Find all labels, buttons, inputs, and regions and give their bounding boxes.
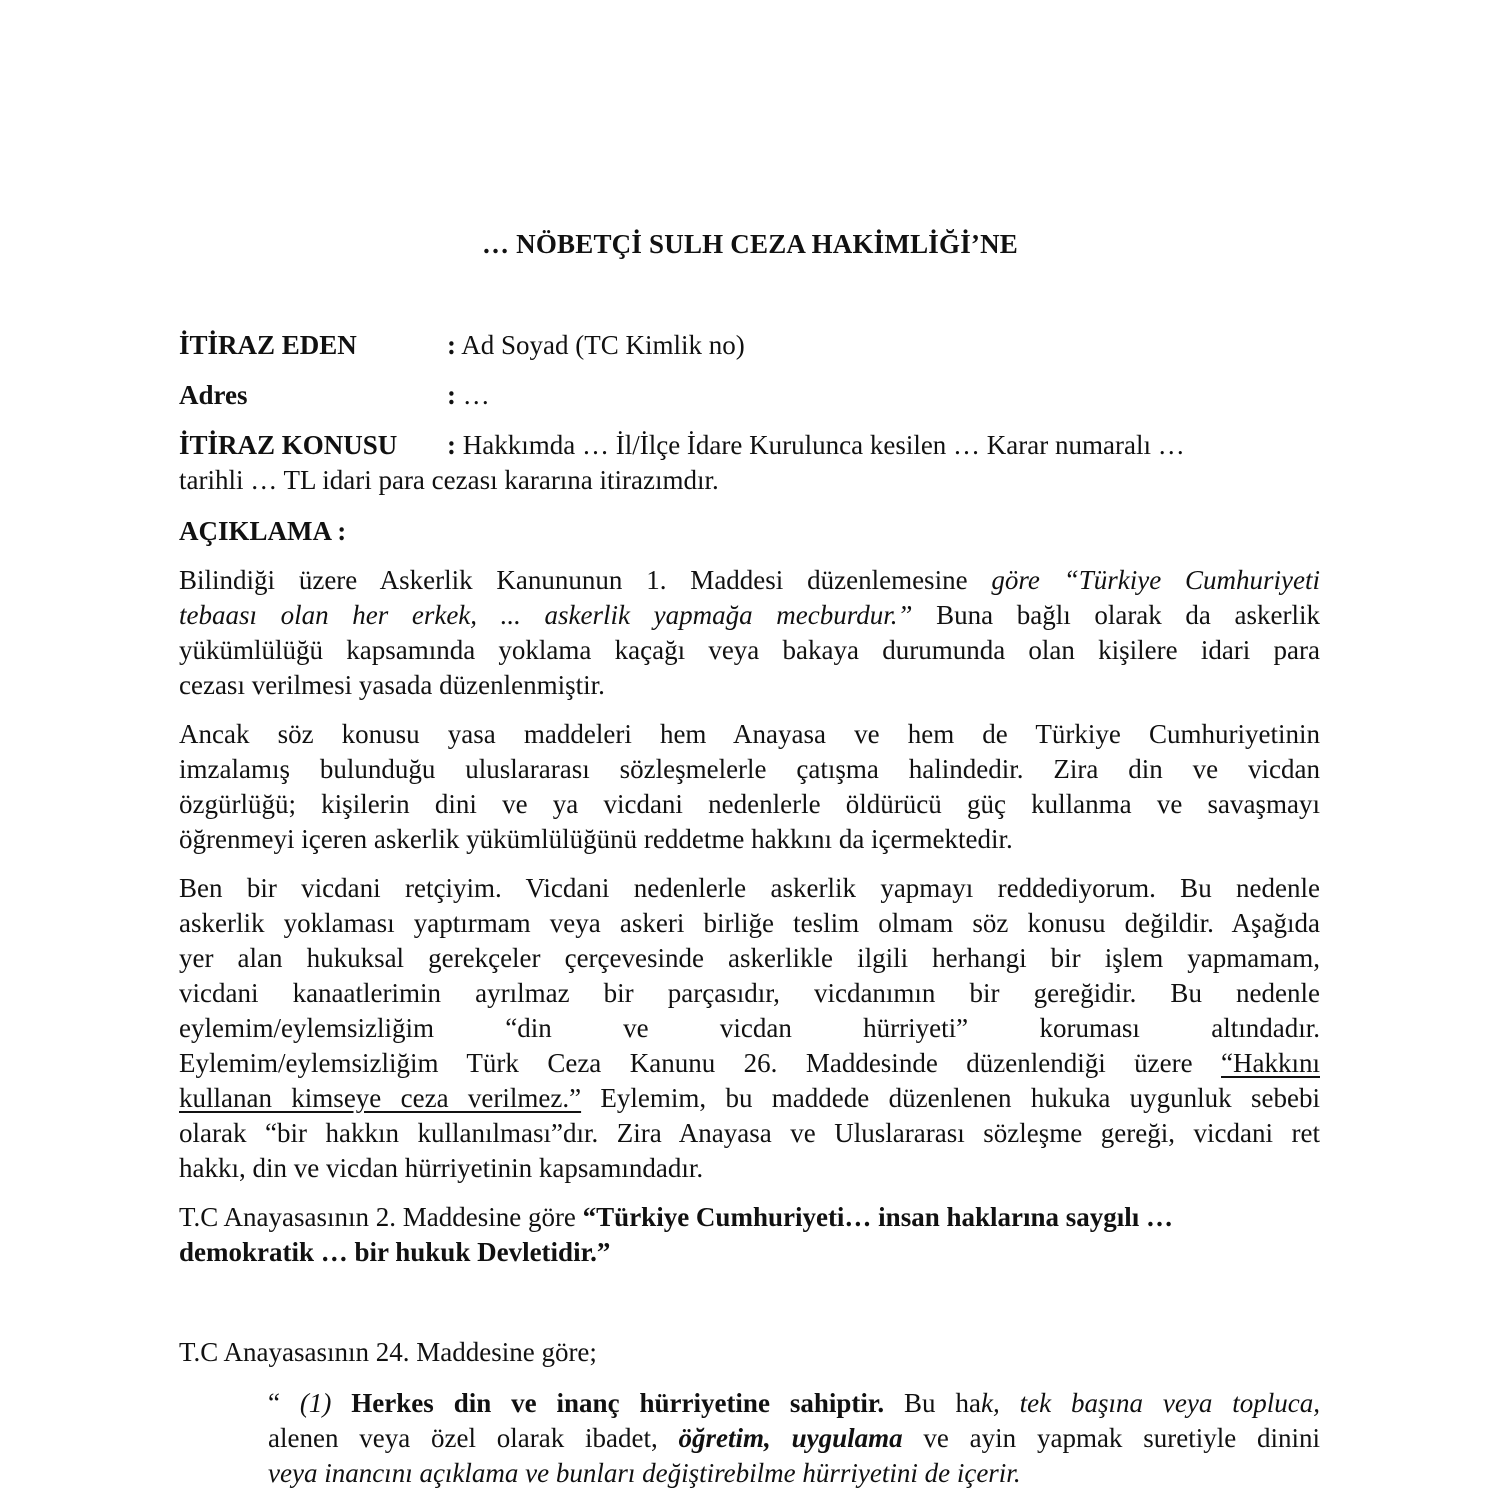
text-line: imzalamış bulunduğu uluslararası sözleşm…: [179, 752, 1320, 787]
field-itiraz-konusu: İTİRAZ KONUSU: Hakkımda … İl/İlçe İdare …: [179, 428, 1185, 463]
field-value: Hakkımda … İl/İlçe İdare Kurulunca kesil…: [463, 430, 1185, 460]
field-label: İTİRAZ KONUSU: [179, 428, 447, 463]
document-page: … NÖBETÇİ SULH CEZA HAKİMLİĞİ’NE İTİRAZ …: [0, 0, 1500, 1500]
text-line: Ben bir vicdani retçiyim. Vicdani nedenl…: [179, 871, 1320, 906]
text-line: demokratik … bir hukuk Devletidir.”: [179, 1235, 1320, 1270]
field-label: Adres: [179, 378, 447, 413]
underlined-quote: “Hakkını: [1221, 1048, 1320, 1078]
paragraph-1: Bilindiği üzere Askerlik Kanununun 1. Ma…: [179, 563, 1320, 703]
text-line: hakkı, din ve vicdan hürriyetinin kapsam…: [179, 1151, 1320, 1186]
constitution-quote: “ (1) Herkes din ve inanç hürriyetine sa…: [268, 1386, 1320, 1491]
field-value: …: [463, 380, 490, 410]
text-line: yükümlülüğü kapsamında yoklama kaçağı ve…: [179, 633, 1320, 668]
paragraph-5: T.C Anayasasının 24. Maddesine göre;: [179, 1335, 597, 1370]
text-line: vicdani kanaatlerimin ayrılmaz bir parça…: [179, 976, 1320, 1011]
text-line: kullanan kimseye ceza verilmez.” Eylemim…: [179, 1081, 1320, 1116]
text-line: tebaası olan her erkek, ... askerlik yap…: [179, 598, 1320, 633]
text-line: olarak “bir hakkın kullanılması”dır. Zir…: [179, 1116, 1320, 1151]
field-label: İTİRAZ EDEN: [179, 328, 447, 363]
field-itiraz-eden: İTİRAZ EDEN: Ad Soyad (TC Kimlik no): [179, 328, 745, 363]
text-line: yer alan hukuksal gerekçeler çerçevesind…: [179, 941, 1320, 976]
field-adres: Adres: …: [179, 378, 490, 413]
text-line: cezası verilmesi yasada düzenlenmiştir.: [179, 668, 1320, 703]
field-itiraz-konusu-continued: tarihli … TL idari para cezası kararına …: [179, 463, 719, 498]
text-line: T.C Anayasasının 2. Maddesine göre “Türk…: [179, 1200, 1320, 1235]
text-line: “ (1) Herkes din ve inanç hürriyetine sa…: [268, 1386, 1320, 1421]
text-line: veya inancını açıklama ve bunları değişt…: [268, 1456, 1320, 1491]
text-line: Bilindiği üzere Askerlik Kanununun 1. Ma…: [179, 563, 1320, 598]
text-line: Eylemim/eylemsizliğim Türk Ceza Kanunu 2…: [179, 1046, 1320, 1081]
text-line: askerlik yoklaması yaptırmam veya askeri…: [179, 906, 1320, 941]
text-line: öğrenmeyi içeren askerlik yükümlülüğünü …: [179, 822, 1320, 857]
paragraph-4: T.C Anayasasının 2. Maddesine göre “Türk…: [179, 1200, 1320, 1270]
paragraph-3: Ben bir vicdani retçiyim. Vicdani nedenl…: [179, 871, 1320, 1186]
text-line: özgürlüğü; kişilerin dini ve ya vicdani …: [179, 787, 1320, 822]
text-line: Ancak söz konusu yasa maddeleri hem Anay…: [179, 717, 1320, 752]
text-line: alenen veya özel olarak ibadet, öğretim,…: [268, 1421, 1320, 1456]
section-heading-aciklama: AÇIKLAMA :: [179, 514, 346, 549]
text-line: eylemim/eylemsizliğim “din ve vicdan hür…: [179, 1011, 1320, 1046]
underlined-quote: kullanan kimseye ceza verilmez.”: [179, 1083, 581, 1113]
paragraph-2: Ancak söz konusu yasa maddeleri hem Anay…: [179, 717, 1320, 857]
field-value: Ad Soyad (TC Kimlik no): [461, 330, 745, 360]
document-title: … NÖBETÇİ SULH CEZA HAKİMLİĞİ’NE: [0, 229, 1500, 260]
